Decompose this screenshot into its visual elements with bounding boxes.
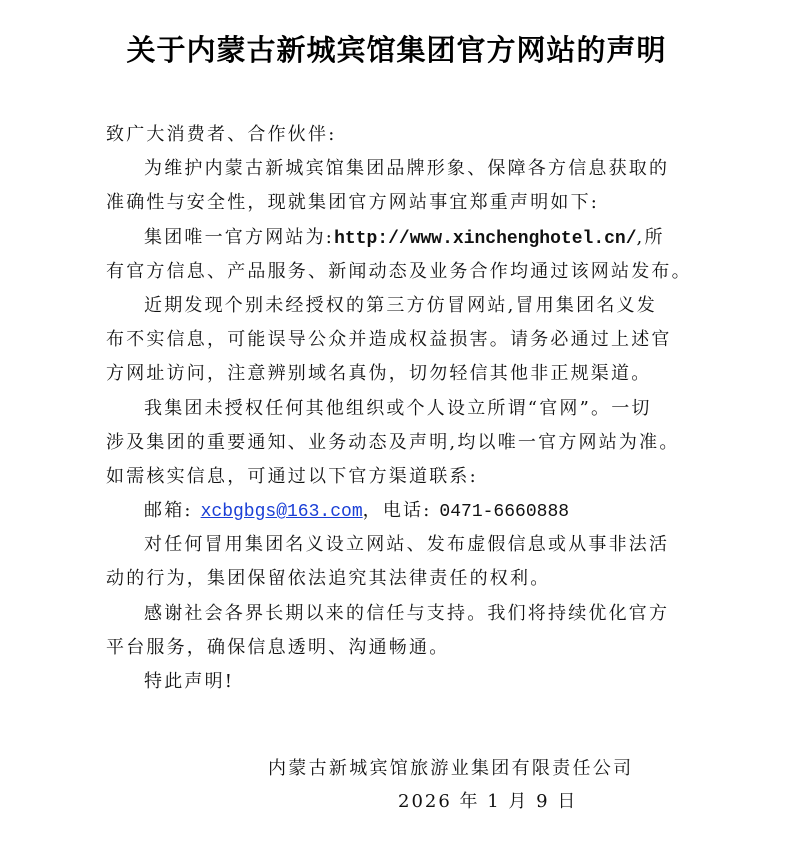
url-suffix: ,所 xyxy=(637,227,665,248)
official-website-url: http://www.xinchenghotel.cn/ xyxy=(334,229,636,249)
phone-label: ，电话: xyxy=(363,500,440,521)
paragraph-3-line-2: 布不实信息，可能误导公众并造成权益损害。请务必通过上述官 xyxy=(106,323,696,357)
contact-line: 邮箱: xcbgbgs@163.com，电话: 0471-6660888 xyxy=(106,494,696,528)
phone-number: 0471-6660888 xyxy=(439,502,569,522)
paragraph-2-line-2: 有官方信息、产品服务、新闻动态及业务合作均通过该网站发布。 xyxy=(106,255,696,289)
paragraph-6-line-2: 平台服务，确保信息透明、沟通畅通。 xyxy=(106,631,696,665)
paragraph-4-line-3: 如需核实信息，可通过以下官方渠道联系: xyxy=(106,460,696,494)
official-site-label: 集团唯一官方网站为: xyxy=(144,227,334,248)
salutation: 致广大消费者、合作伙伴: xyxy=(106,118,696,152)
paragraph-3-line-3: 方网址访问，注意辨别域名真伪，切勿轻信其他非正规渠道。 xyxy=(106,357,696,391)
closing-statement: 特此声明! xyxy=(106,665,696,699)
paragraph-4-line-1: 我集团未授权任何其他组织或个人设立所谓“官网”。一切 xyxy=(106,392,696,426)
paragraph-5-line-1: 对任何冒用集团名义设立网站、发布虚假信息或从事非法活 xyxy=(106,528,696,562)
signature-date: 2026 年 1 月 9 日 xyxy=(398,787,577,813)
paragraph-1-line-1: 为维护内蒙古新城宾馆集团品牌形象、保障各方信息获取的 xyxy=(106,152,696,186)
email-link[interactable]: xcbgbgs@163.com xyxy=(201,502,363,522)
paragraph-3-line-1: 近期发现个别未经授权的第三方仿冒网站,冒用集团名义发 xyxy=(106,289,696,323)
paragraph-4-line-2: 涉及集团的重要通知、业务动态及声明,均以唯一官方网站为准。 xyxy=(106,426,696,460)
paragraph-1-line-2: 准确性与安全性，现就集团官方网站事宜郑重声明如下: xyxy=(106,186,696,220)
statement-body: 致广大消费者、合作伙伴: 为维护内蒙古新城宾馆集团品牌形象、保障各方信息获取的 … xyxy=(106,118,696,699)
paragraph-6-line-1: 感谢社会各界长期以来的信任与支持。我们将持续优化官方 xyxy=(106,597,696,631)
email-label: 邮箱: xyxy=(144,500,201,521)
paragraph-2-line-1: 集团唯一官方网站为:http://www.xinchenghotel.cn/,所 xyxy=(106,221,696,255)
document-title: 关于内蒙古新城宾馆集团官方网站的声明 xyxy=(0,28,793,69)
paragraph-5-line-2: 动的行为，集团保留依法追究其法律责任的权利。 xyxy=(106,562,696,596)
signature-company: 内蒙古新城宾馆旅游业集团有限责任公司 xyxy=(268,754,633,780)
